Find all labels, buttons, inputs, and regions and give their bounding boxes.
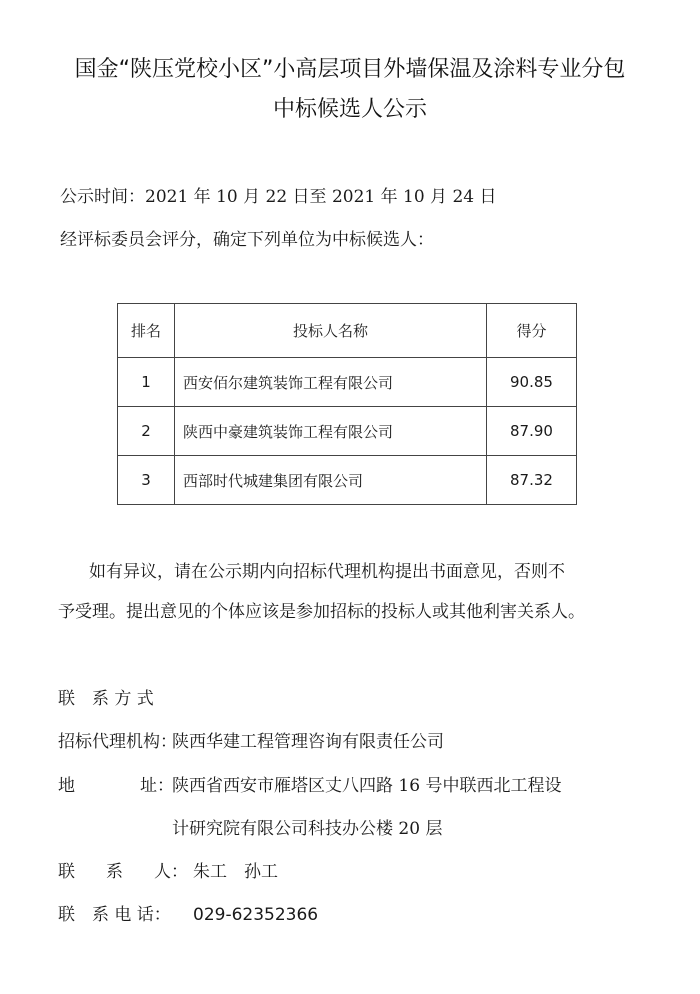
person-label-1: 联 <box>58 860 75 884</box>
phone-value: 029-62352366 <box>193 903 318 927</box>
address-label-left: 地 <box>58 774 75 798</box>
header-score: 得分 <box>487 304 577 358</box>
address-line1: 陕西省西安市雁塔区丈八四路 16 号中联西北工程设 <box>172 774 561 798</box>
address-label-right: 址： <box>140 774 174 798</box>
agency-value: 陕西华建工程管理咨询有限责任公司 <box>172 730 444 754</box>
phone-label: 联 系 电 话： <box>58 903 171 927</box>
candidates-table: 排名 投标人名称 得分 1 西安佰尔建筑装饰工程有限公司 90.85 2 陕西中… <box>117 303 577 505</box>
header-rank: 排名 <box>118 304 175 358</box>
rank-cell: 3 <box>118 456 175 505</box>
person-label-3: 人： <box>154 860 188 884</box>
table-row: 1 西安佰尔建筑装饰工程有限公司 90.85 <box>118 358 577 407</box>
rank-cell: 1 <box>118 358 175 407</box>
table-row: 3 西部时代城建集团有限公司 87.32 <box>118 456 577 505</box>
score-cell: 87.90 <box>487 407 577 456</box>
document-title-line2: 中标候选人公示 <box>0 96 700 124</box>
objection-line1: 如有异议，请在公示期内向招标代理机构提出书面意见，否则不 <box>89 560 565 584</box>
objection-line2: 予受理。提出意见的个体应该是参加招标的投标人或其他利害关系人。 <box>58 600 585 624</box>
document-title-line1: 国金“陕压党校小区”小高层项目外墙保温及涂料专业分包 <box>0 56 700 84</box>
person-label-2: 系 <box>106 860 123 884</box>
score-cell: 87.32 <box>487 456 577 505</box>
bidder-name-cell: 西部时代城建集团有限公司 <box>175 456 487 505</box>
person-value: 朱工 孙工 <box>193 860 278 884</box>
bidder-name-cell: 西安佰尔建筑装饰工程有限公司 <box>175 358 487 407</box>
table-row: 2 陕西中豪建筑装饰工程有限公司 87.90 <box>118 407 577 456</box>
notice-period: 公示时间：2021 年 10 月 22 日至 2021 年 10 月 24 日 <box>60 185 497 209</box>
contact-heading: 联 系 方 式 <box>58 687 154 711</box>
score-cell: 90.85 <box>487 358 577 407</box>
agency-label: 招标代理机构： <box>58 730 177 754</box>
bidder-name-cell: 陕西中豪建筑装饰工程有限公司 <box>175 407 487 456</box>
rank-cell: 2 <box>118 407 175 456</box>
address-line2: 计研究院有限公司科技办公楼 20 层 <box>172 817 442 841</box>
table-header-row: 排名 投标人名称 得分 <box>118 304 577 358</box>
header-bidder-name: 投标人名称 <box>175 304 487 358</box>
intro-text: 经评标委员会评分，确定下列单位为中标候选人： <box>60 228 434 252</box>
